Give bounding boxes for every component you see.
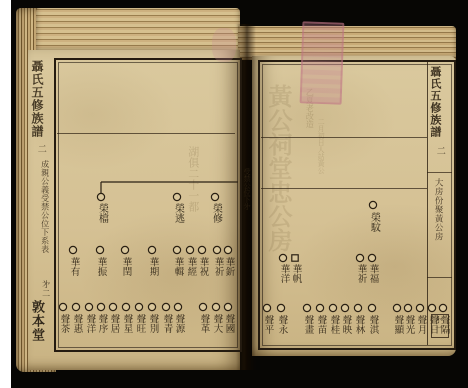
person-name: 聲革 bbox=[197, 314, 210, 333]
person-name: 聲旺 bbox=[133, 314, 146, 333]
person-name: 聲淇 bbox=[366, 315, 379, 334]
person-name: 榮馼 bbox=[367, 212, 380, 232]
person-name: 聲茶 bbox=[57, 314, 70, 333]
person-name: 榮修 bbox=[209, 203, 222, 223]
person-name: 聲惠 bbox=[70, 314, 83, 333]
person-name: 華期 bbox=[146, 257, 159, 276]
person-name: 華閏 bbox=[119, 257, 132, 276]
person-name: 華福 bbox=[366, 264, 379, 283]
person-name: 華祝 bbox=[196, 257, 209, 276]
person-name: 華輯 bbox=[171, 257, 184, 276]
person-name: 聲映 bbox=[339, 315, 352, 334]
person-name: 聲畫 bbox=[301, 315, 314, 334]
person-name: 榮逃 bbox=[171, 203, 184, 223]
person-name: 華有 bbox=[67, 257, 80, 276]
person-name: 聲平 bbox=[261, 315, 274, 334]
person-node-markers bbox=[59, 193, 446, 311]
person-name: 華振 bbox=[94, 257, 107, 276]
person-name: 聲苗 bbox=[314, 315, 327, 334]
person-name: 榮檔 bbox=[95, 203, 108, 223]
genealogy-book-photo: 黃公祠堂忠公房 乙夏老改造 二月初日人站黃公 受禁公位下㐧 湖俱二十一都 聶氏五… bbox=[0, 0, 468, 388]
person-name: 華帆 bbox=[289, 264, 302, 283]
person-name: 華釿 bbox=[222, 257, 235, 276]
person-name: 聲星 bbox=[120, 314, 133, 333]
person-name: 聲源 bbox=[172, 314, 185, 333]
person-name: 聲別 bbox=[146, 314, 159, 333]
person-name: 聲國 bbox=[222, 314, 235, 333]
person-name: 聲居 bbox=[107, 314, 120, 333]
person-name: 聲隔 bbox=[437, 315, 450, 334]
person-name: 聲永 bbox=[275, 315, 288, 334]
person-name: 聲林 bbox=[352, 315, 365, 334]
